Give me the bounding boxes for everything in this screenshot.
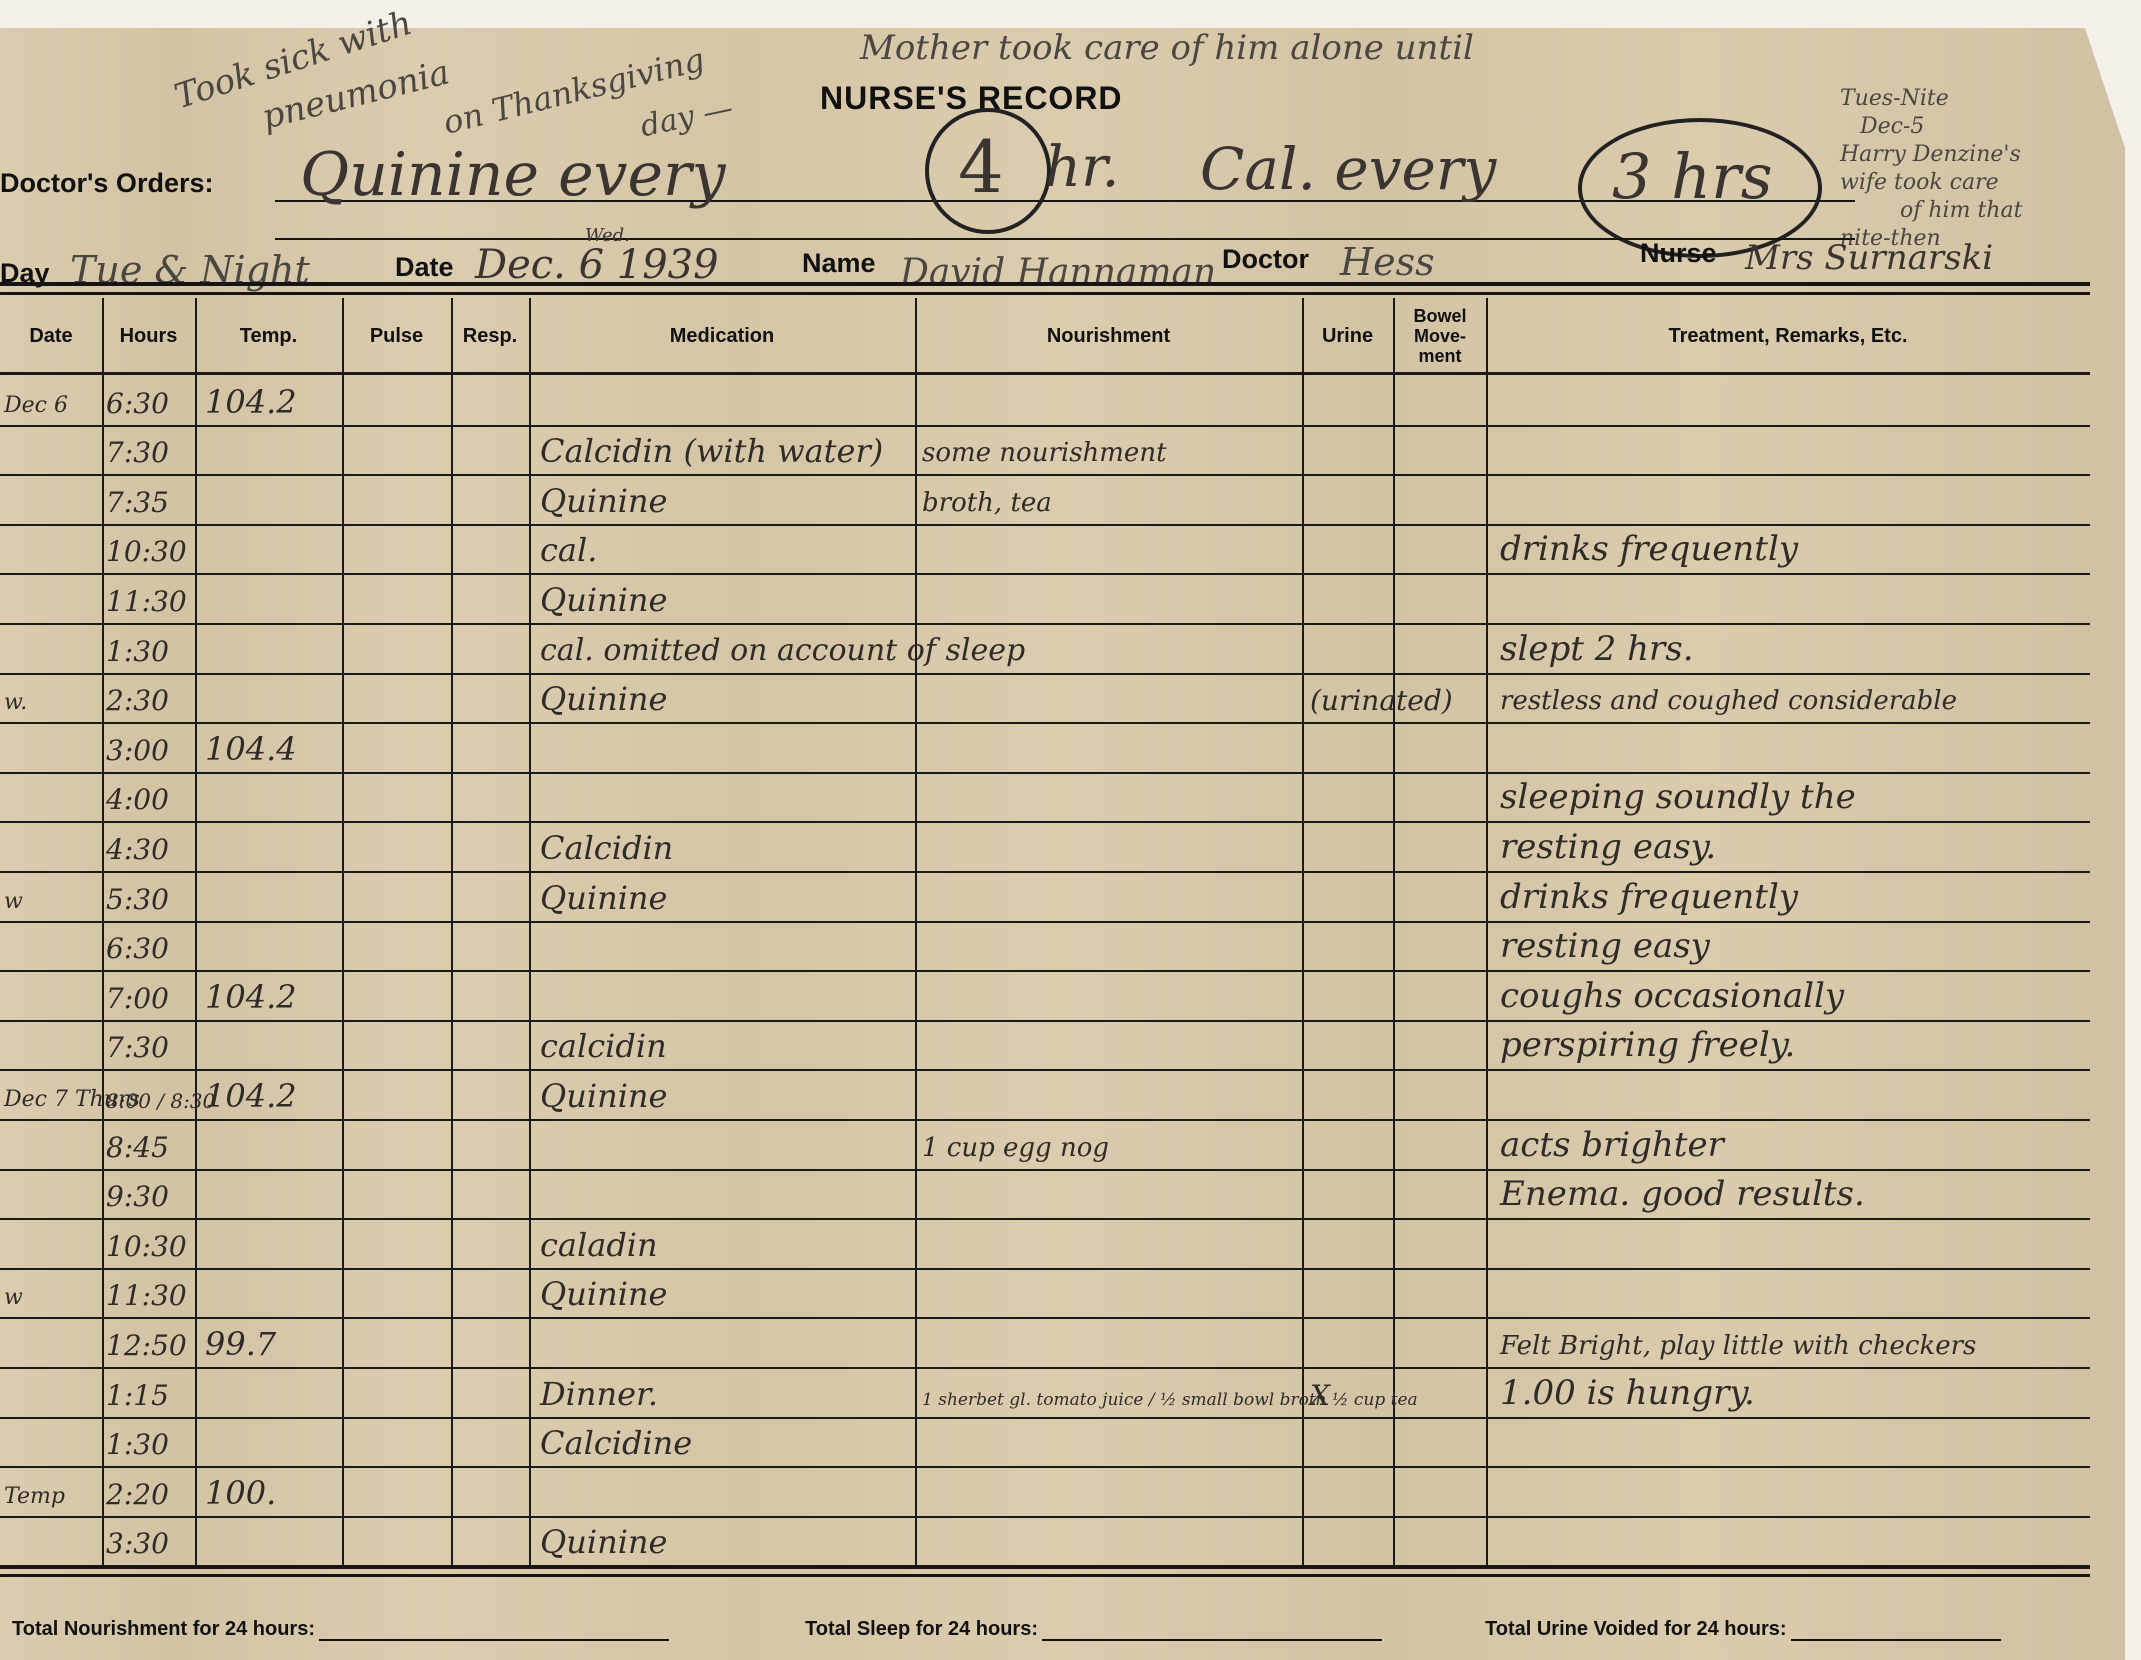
cell-hours: 6:30 xyxy=(106,387,169,420)
row-rule xyxy=(0,1119,2090,1121)
cell-remarks: slept 2 hrs. xyxy=(1500,629,1694,669)
cell-hours: 12:50 xyxy=(106,1329,187,1362)
cell-nourishment: broth, tea xyxy=(922,488,1052,518)
doctors-orders-hours-4: 4 xyxy=(958,125,1004,209)
doctor-name: Hess xyxy=(1340,240,1435,284)
doctors-orders-cal: Cal. every xyxy=(1200,135,1496,203)
cell-remarks: drinks frequently xyxy=(1500,529,1798,569)
cell-urine: (urinated) xyxy=(1310,684,1453,717)
note-mother: Mother took care of him alone until xyxy=(860,28,1474,68)
cell-hours: 7:35 xyxy=(106,486,169,519)
col-treatment-remarks: Treatment, Remarks, Etc. xyxy=(1486,300,2090,372)
cell-nourishment: 1 cup egg nog xyxy=(922,1133,1109,1163)
cell-medication: Calcidine xyxy=(540,1424,692,1462)
cell-remarks: coughs occasionally xyxy=(1500,976,1844,1016)
cell-medication: Quinine xyxy=(540,1275,667,1313)
cell-hours: 4:00 xyxy=(106,783,169,816)
cell-remarks: resting easy xyxy=(1500,926,1710,966)
name-label: Name xyxy=(802,248,876,279)
cell-hours: 10:30 xyxy=(106,535,187,568)
cell-hours: 2:30 xyxy=(106,684,169,717)
cell-hours: 2:20 xyxy=(106,1478,169,1511)
row-rule xyxy=(0,1169,2090,1171)
cell-medication: Calcidin (with water) xyxy=(540,432,883,470)
row-rule xyxy=(0,1317,2090,1319)
col-hours: Hours xyxy=(102,300,195,372)
blank-line xyxy=(275,238,1855,240)
grid-line xyxy=(1486,298,1488,1566)
col-nourishment: Nourishment xyxy=(915,300,1302,372)
cell-medication: caladin xyxy=(540,1226,658,1264)
cell-hours: 10:30 xyxy=(106,1230,187,1263)
cell-medication: Quinine xyxy=(540,1523,667,1561)
cell-hours: 7:00 xyxy=(106,982,169,1015)
right-margin-note: Tues-Nite Dec-5 Harry Denzine's wife too… xyxy=(1840,85,2090,253)
col-temp: Temp. xyxy=(195,300,342,372)
row-rule xyxy=(0,474,2090,476)
cell-hours: 1:15 xyxy=(106,1379,169,1412)
cell-date: w xyxy=(4,1285,23,1310)
nurse-name: Mrs Surnarski xyxy=(1745,238,1993,278)
note-line: of him that xyxy=(1900,197,2090,225)
col-date: Date xyxy=(0,300,102,372)
cell-hours: 3:30 xyxy=(106,1527,169,1560)
col-bowel-movement: Bowel Move- ment xyxy=(1396,300,1484,372)
cell-hours: 3:00 xyxy=(106,734,169,767)
cell-hours: 8:45 xyxy=(106,1131,169,1164)
cell-date: Temp xyxy=(4,1484,65,1509)
grid-line xyxy=(195,298,197,1566)
total-sleep-field[interactable] xyxy=(1042,1639,1382,1641)
note-line: Dec-5 xyxy=(1860,113,2090,141)
doctors-orders-label: Doctor's Orders: xyxy=(0,168,213,199)
grid-line xyxy=(529,298,531,1566)
cell-temp: 100. xyxy=(205,1474,276,1512)
cell-hours: 11:30 xyxy=(106,1279,187,1312)
cell-remarks: restless and coughed considerable xyxy=(1500,686,1957,716)
total-urine-field[interactable] xyxy=(1791,1639,2001,1641)
cell-medication: cal. omitted on account of sleep xyxy=(540,633,1025,668)
cell-remarks: acts brighter xyxy=(1500,1125,1724,1165)
col-urine: Urine xyxy=(1302,300,1393,372)
nurse-label: Nurse xyxy=(1640,238,1717,269)
doctor-label: Doctor xyxy=(1222,244,1309,275)
total-nourishment-label: Total Nourishment for 24 hours: xyxy=(12,1618,315,1640)
row-rule xyxy=(0,573,2090,575)
cell-date: w xyxy=(4,889,23,914)
row-rule xyxy=(0,821,2090,823)
cell-remarks: Enema. good results. xyxy=(1500,1174,1865,1214)
row-rule xyxy=(0,772,2090,774)
cell-remarks: perspiring freely. xyxy=(1500,1025,1795,1065)
cell-hours: 5:30 xyxy=(106,883,169,916)
note-line: Tues-Nite xyxy=(1840,85,2090,113)
row-rule xyxy=(0,673,2090,675)
cell-remarks: sleeping soundly the xyxy=(1500,777,1856,817)
cell-urine: X xyxy=(1310,1379,1330,1412)
row-rule xyxy=(0,425,2090,427)
total-sleep-label: Total Sleep for 24 hours: xyxy=(805,1618,1038,1640)
row-rule xyxy=(0,722,2090,724)
cell-temp: 104.4 xyxy=(205,730,297,768)
cell-nourishment: 1 sherbet gl. tomato juice / ½ small bow… xyxy=(922,1390,1418,1410)
row-rule xyxy=(0,1367,2090,1369)
row-rule xyxy=(0,1417,2090,1419)
cell-remarks: drinks frequently xyxy=(1500,877,1798,917)
row-rule xyxy=(0,970,2090,972)
cell-medication: Quinine xyxy=(540,680,667,718)
table-bottom-rule-2 xyxy=(0,1574,2090,1577)
cell-medication: Calcidin xyxy=(540,829,673,867)
cell-remarks: Felt Bright, play little with checkers xyxy=(1500,1331,1976,1361)
row-rule xyxy=(0,524,2090,526)
total-urine: Total Urine Voided for 24 hours: xyxy=(1485,1618,2001,1641)
header-bottom-rule xyxy=(0,372,2090,375)
note-line: wife took care xyxy=(1840,169,2090,197)
note-line: Harry Denzine's xyxy=(1840,141,2090,169)
row-rule xyxy=(0,921,2090,923)
cell-hours: 4:30 xyxy=(106,833,169,866)
header-double-rule-2 xyxy=(0,292,2090,295)
cell-medication: Quinine xyxy=(540,581,667,619)
grid-line xyxy=(102,298,104,1566)
grid-line xyxy=(915,298,917,1566)
header-double-rule xyxy=(0,282,2090,286)
total-sleep: Total Sleep for 24 hours: xyxy=(805,1618,1382,1641)
cell-medication: cal. xyxy=(540,531,597,569)
row-rule xyxy=(0,1466,2090,1468)
doctors-orders-hours-3: 3 hrs xyxy=(1612,140,1773,213)
doctors-orders-hr: hr. xyxy=(1045,135,1119,200)
cell-hours: 7:30 xyxy=(106,1031,169,1064)
cell-temp: 104.2 xyxy=(205,1077,297,1115)
cell-medication: Quinine xyxy=(540,1077,667,1115)
cell-hours: 6:30 xyxy=(106,932,169,965)
row-rule xyxy=(0,871,2090,873)
cell-hours: 1:30 xyxy=(106,1428,169,1461)
cell-medication: Dinner. xyxy=(540,1375,658,1413)
cell-remarks: 1.00 is hungry. xyxy=(1500,1373,1755,1413)
col-medication: Medication xyxy=(529,300,915,372)
date-weekday: Wed. xyxy=(585,225,630,246)
col-pulse: Pulse xyxy=(342,300,451,372)
cell-nourishment: some nourishment xyxy=(922,438,1167,468)
cell-hours: 8:00 / 8:30 xyxy=(106,1089,215,1113)
grid-line xyxy=(1393,298,1395,1566)
doctors-orders-quinine: Quinine every xyxy=(300,140,726,210)
cell-temp: 104.2 xyxy=(205,383,297,421)
cell-medication: Quinine xyxy=(540,482,667,520)
grid-line xyxy=(342,298,344,1566)
cell-remarks: resting easy. xyxy=(1500,827,1716,867)
cell-medication: Quinine xyxy=(540,879,667,917)
total-nourishment: Total Nourishment for 24 hours: xyxy=(12,1618,669,1641)
row-rule xyxy=(0,1020,2090,1022)
cell-hours: 7:30 xyxy=(106,436,169,469)
total-nourishment-field[interactable] xyxy=(319,1639,669,1641)
torn-corner xyxy=(2085,28,2125,148)
row-rule xyxy=(0,1069,2090,1071)
grid-line xyxy=(451,298,453,1566)
grid-line xyxy=(1302,298,1304,1566)
cell-date: Dec 6 xyxy=(4,393,68,418)
row-rule xyxy=(0,623,2090,625)
cell-hours: 1:30 xyxy=(106,635,169,668)
table-bottom-rule xyxy=(0,1566,2090,1569)
patient-name: David Hannaman xyxy=(900,252,1216,293)
row-rule xyxy=(0,1516,2090,1518)
cell-temp: 104.2 xyxy=(205,978,297,1016)
date-label: Date xyxy=(395,252,454,283)
total-urine-label: Total Urine Voided for 24 hours: xyxy=(1485,1618,1787,1640)
col-resp: Resp. xyxy=(451,300,529,372)
cell-temp: 99.7 xyxy=(205,1325,276,1363)
cell-hours: 11:30 xyxy=(106,585,187,618)
cell-date: w. xyxy=(4,690,27,715)
row-rule xyxy=(0,1268,2090,1270)
cell-medication: calcidin xyxy=(540,1027,667,1065)
cell-hours: 9:30 xyxy=(106,1180,169,1213)
row-rule xyxy=(0,1218,2090,1220)
